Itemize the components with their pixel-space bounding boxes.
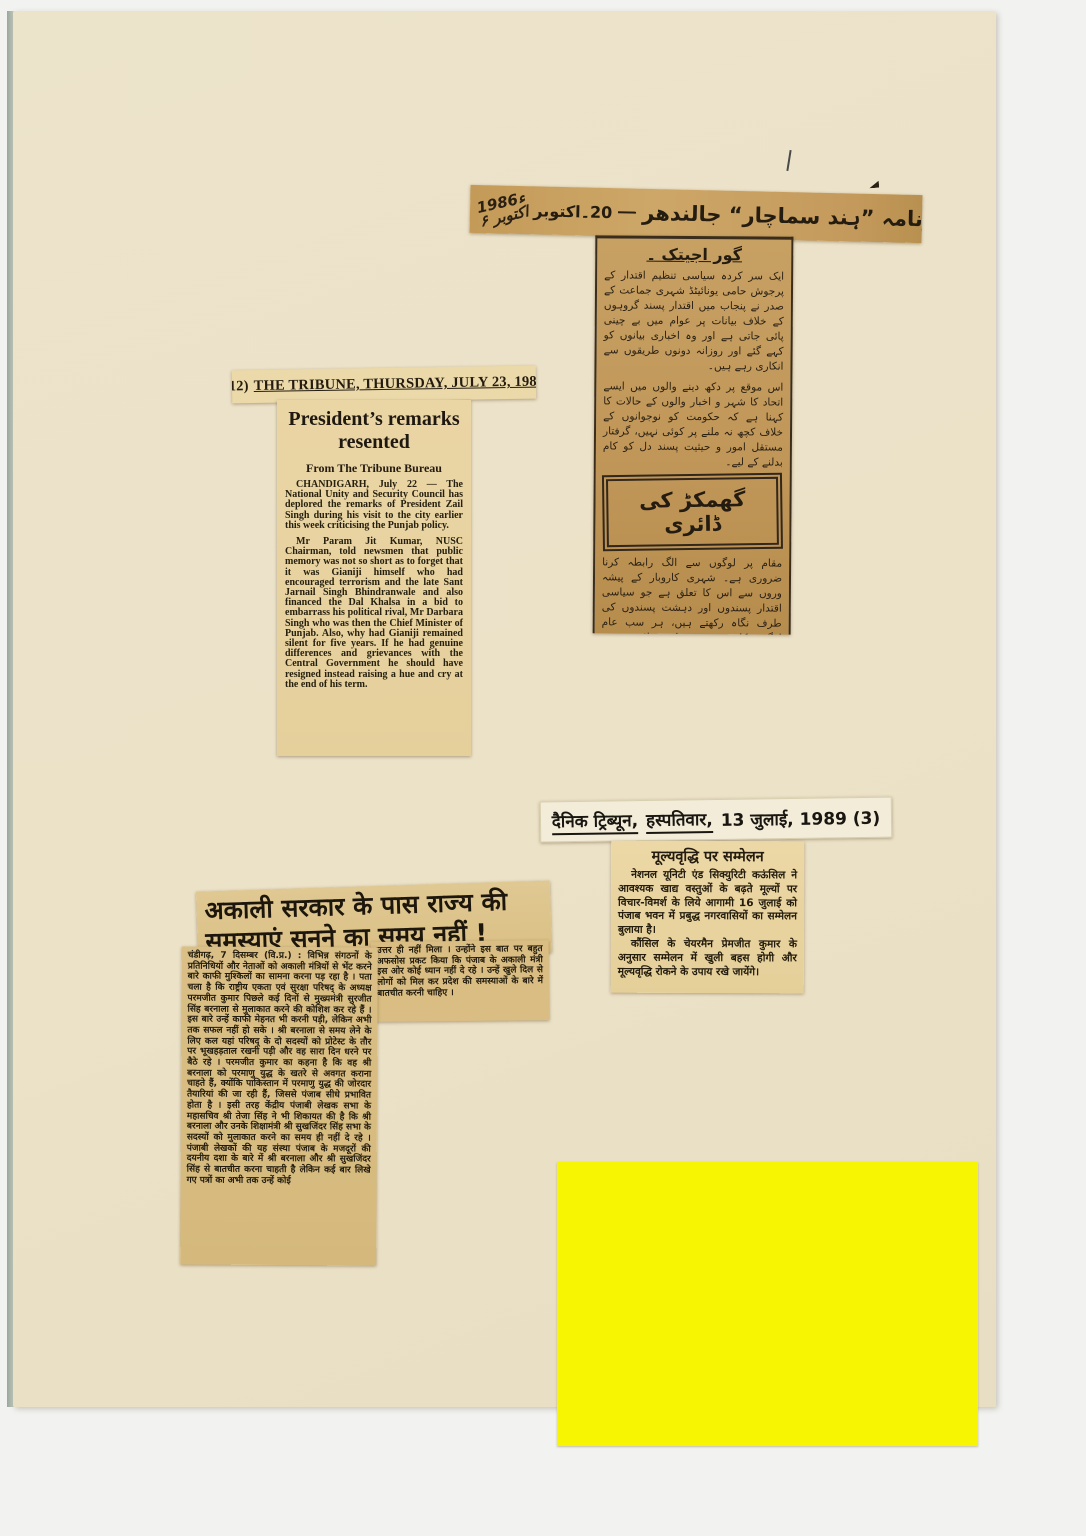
- price-rise-paragraph-2: कौंसिल के चेयरमैन प्रेमजीत कुमार के अनुस…: [618, 938, 797, 980]
- urdu-article-title: گور اجیتک ۔: [604, 244, 784, 264]
- price-rise-title: मूल्यवृद्धि पर सम्मेलन: [618, 846, 797, 867]
- tribune-byline: From The Tribune Bureau: [285, 461, 463, 476]
- urdu-paragraph-2: اس موقع پر دکھ دینے والوں میں ایسے اتحاد…: [603, 379, 784, 470]
- dainik-tribune-masthead: दैनिक ट्रिब्यून,: [552, 808, 639, 835]
- tribune-masthead-date: THE TRIBUNE, THURSDAY, JULY 23, 1987: [254, 373, 537, 395]
- urdu-article: گور اجیتک ۔ ایک سر کردہ سیاسی تنظیم اقتد…: [593, 235, 794, 634]
- urdu-boxed-column-title: گھمکڑ کی ڈائری: [606, 477, 779, 547]
- urdu-newspaper-header-strip: 1986ء ۶ اکتوبر ‏20۔اکتوبر روزنامہ ”ہند س…: [470, 185, 923, 243]
- urdu-masthead: روزنامہ ”ہند سماچار“ جالندھر: [642, 201, 922, 232]
- tribune-headline: President’s remarks resented: [285, 408, 463, 454]
- yellow-card: [557, 1162, 978, 1446]
- tribune-article: President’s remarks resented From The Tr…: [277, 400, 471, 756]
- urdu-date: ‏20۔اکتوبر: [533, 201, 612, 222]
- handwritten-year-note: 1986ء ۶ اکتوبر: [476, 191, 530, 228]
- tribune-paragraph-2: Mr Param Jit Kumar, NUSC Chairman, told …: [285, 537, 463, 690]
- price-rise-paragraph-1: नेशनल यूनिटी एंड सिक्युरिटी कऊंसिल ने आव…: [618, 869, 797, 939]
- dainik-tribune-date: 13 जुलाई, 1989 (3): [721, 806, 881, 831]
- dainik-tribune-day: हस्पतिवार,: [646, 807, 713, 834]
- akali-column-left-text: चंडीगढ़, 7 दिसम्बर (वि.प्र.) : विभिन्न स…: [187, 951, 372, 1187]
- dainik-tribune-header-strip: दैनिक ट्रिब्यून, हस्पतिवार, 13 जुलाई, 19…: [540, 797, 893, 843]
- akali-column-left: चंडीगढ़, 7 दिसम्बर (वि.प्र.) : विभिन्न स…: [180, 946, 378, 1265]
- tribune-header-strip: (12) THE TRIBUNE, THURSDAY, JULY 23, 198…: [232, 366, 536, 404]
- urdu-paragraph-3: مقام پر لوگوں سے الگ رابطہ کرنا ضروری ہے…: [601, 555, 782, 634]
- tribune-page-number: (12): [232, 378, 249, 395]
- price-rise-article: मूल्यवृद्धि पर सम्मेलन नेशनल यूनिटी एंड …: [611, 841, 805, 994]
- akali-column-right: उत्तर ही नहीं मिला । उन्होंने इस बात पर …: [371, 940, 550, 1022]
- tribune-paragraph-1: CHANDIGARH, July 22 — The National Unity…: [285, 480, 463, 531]
- divider-rule: [618, 211, 636, 213]
- akali-column-right-text: उत्तर ही नहीं मिला । उन्होंने इस बात पर …: [377, 944, 544, 999]
- urdu-paragraph-1: ایک سر کردہ سیاسی تنظیم اقتدار کے پرجوش …: [603, 268, 784, 374]
